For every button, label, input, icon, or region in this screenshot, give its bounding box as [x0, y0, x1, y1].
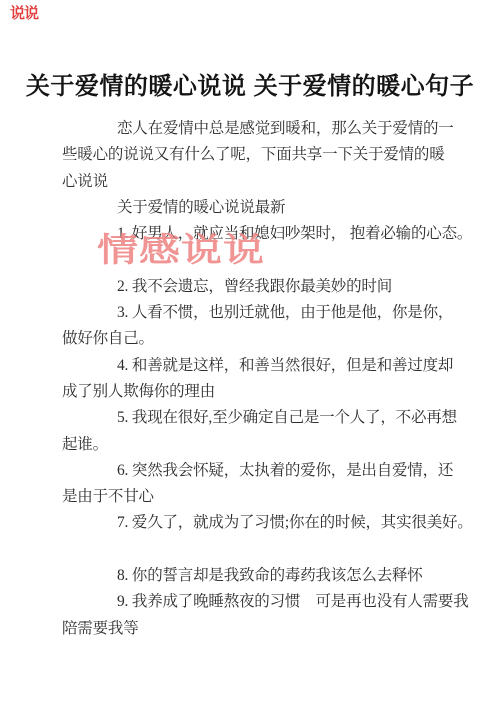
text-line: 陪需要我等 [62, 616, 444, 642]
text-line: 4. 和善就是这样，和善当然很好，但是和善过度却 [62, 353, 444, 379]
body-text: 恋人在爱情中总是感觉到暖和，那么关于爱情的一些暖心的说说又有什么了呢，下面共享一… [62, 116, 444, 642]
text-line [62, 247, 444, 273]
page-title: 关于爱情的暖心说说 关于爱情的暖心句子 [0, 71, 500, 102]
text-line: 成了别人欺侮你的理由 [62, 379, 444, 405]
text-line: 是由于不甘心 [62, 484, 444, 510]
text-line: 恋人在爱情中总是感觉到暖和，那么关于爱情的一 [62, 116, 444, 142]
text-line [62, 537, 444, 563]
text-line: 心说说 [62, 169, 444, 195]
text-line: 3. 人看不惯，也别迁就他，由于他是他，你是你， [62, 300, 444, 326]
text-line: 8. 你的誓言却是我致命的毒药我该怎么去释怀 [62, 563, 444, 589]
text-line: 关于爱情的暖心说说最新 [62, 195, 444, 221]
document-page: 说说 关于爱情的暖心说说 关于爱情的暖心句子 恋人在爱情中总是感觉到暖和，那么关… [0, 0, 500, 708]
text-line: 做好你自己。 [62, 326, 444, 352]
text-line: 2. 我不会遗忘，曾经我跟你最美妙的时间 [62, 274, 444, 300]
text-line: 7. 爱久了，就成为了习惯;你在的时候，其实很美好。 [62, 510, 444, 536]
text-line: 9. 我养成了晚睡熬夜的习惯 可是再也没有人需要我 [62, 589, 444, 615]
text-line: 6. 突然我会怀疑，太执着的爱你，是出自爱情，还 [62, 458, 444, 484]
text-line: 5. 我现在很好,至少确定自己是一个人了，不必再想 [62, 405, 444, 431]
text-line: 1. 好男人，就应当和媳妇吵架时， 抱着必输的心态。 [62, 221, 444, 247]
text-line: 些暖心的说说又有什么了呢，下面共享一下关于爱情的暖 [62, 142, 444, 168]
site-logo-badge: 说说 [10, 4, 38, 24]
text-line: 起谁。 [62, 432, 444, 458]
